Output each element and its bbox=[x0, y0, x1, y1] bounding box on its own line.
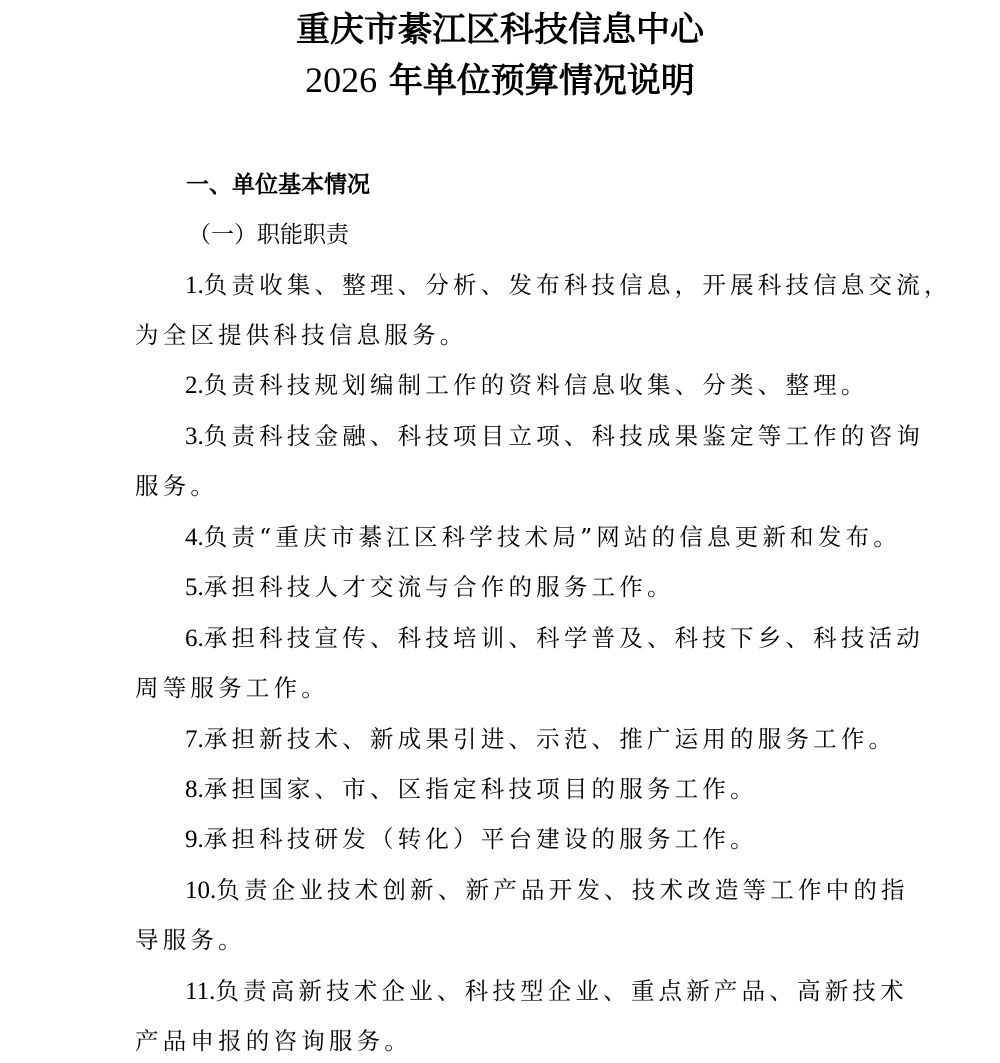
duty-item-3-continuation: 服务。 bbox=[135, 469, 218, 503]
duty-number: 11. bbox=[185, 978, 215, 1005]
duty-text: 负责科技规划编制工作的资料信息收集、分类、整理。 bbox=[204, 371, 869, 399]
duty-item-10: 10.负责企业技术创新、新产品开发、技术改造等工作中的指 bbox=[185, 873, 909, 908]
title-rest: 年单位预算情况说明 bbox=[389, 61, 695, 101]
subsection-heading-duties: （一）职能职责 bbox=[188, 218, 349, 252]
duty-item-11-continuation: 产品申报的咨询服务。 bbox=[135, 1024, 412, 1058]
duty-item-2: 2.负责科技规划编制工作的资料信息收集、分类、整理。 bbox=[185, 368, 869, 403]
duty-text: 承担新技术、新成果引进、示范、推广运用的服务工作。 bbox=[204, 725, 897, 753]
duty-number: 10. bbox=[185, 877, 216, 904]
duty-text: 承担科技研发（转化）平台建设的服务工作。 bbox=[204, 825, 758, 853]
duty-item-3: 3.负责科技金融、科技项目立项、科技成果鉴定等工作的咨询 bbox=[185, 419, 924, 454]
duty-number: 6. bbox=[185, 625, 204, 652]
duty-number: 5. bbox=[185, 574, 204, 601]
duty-item-11: 11.负责高新技术企业、科技型企业、重点新产品、高新技术 bbox=[185, 974, 908, 1009]
duty-text: 负责企业技术创新、新产品开发、技术改造等工作中的指 bbox=[216, 876, 909, 904]
duty-number: 1. bbox=[185, 272, 204, 299]
document-page: 重庆市綦江区科技信息中心 2026 年单位预算情况说明 一、单位基本情况 （一）… bbox=[0, 0, 1000, 1063]
duty-item-9: 9.承担科技研发（转化）平台建设的服务工作。 bbox=[185, 822, 758, 857]
duty-item-6: 6.承担科技宣传、科技培训、科学普及、科技下乡、科技活动 bbox=[185, 621, 924, 656]
duty-text: 负责“重庆市綦江区科学技术局”网站的信息更新和发布。 bbox=[204, 523, 901, 551]
duty-item-5: 5.承担科技人才交流与合作的服务工作。 bbox=[185, 570, 675, 605]
duty-item-1-continuation: 为全区提供科技信息服务。 bbox=[135, 318, 467, 352]
duty-number: 2. bbox=[185, 372, 204, 399]
duty-item-4: 4.负责“重庆市綦江区科学技术局”网站的信息更新和发布。 bbox=[185, 520, 901, 555]
duty-number: 9. bbox=[185, 826, 204, 853]
document-title-line1: 重庆市綦江区科技信息中心 bbox=[0, 10, 1000, 50]
duty-item-6-continuation: 周等服务工作。 bbox=[135, 671, 329, 705]
duty-item-8: 8.承担国家、市、区指定科技项目的服务工作。 bbox=[185, 772, 758, 807]
duty-text: 负责收集、整理、分析、发布科技信息，开展科技信息交流， bbox=[204, 271, 952, 299]
title-year: 2026 bbox=[305, 60, 377, 100]
duty-number: 4. bbox=[185, 524, 204, 551]
duty-text: 承担科技人才交流与合作的服务工作。 bbox=[204, 573, 675, 601]
duty-number: 7. bbox=[185, 726, 204, 753]
duty-item-7: 7.承担新技术、新成果引进、示范、推广运用的服务工作。 bbox=[185, 722, 896, 757]
section-heading-basic-info: 一、单位基本情况 bbox=[186, 168, 370, 202]
duty-number: 3. bbox=[185, 423, 204, 450]
document-title-line2: 2026 年单位预算情况说明 bbox=[0, 60, 1000, 101]
duty-number: 8. bbox=[185, 776, 204, 803]
duty-text: 承担科技宣传、科技培训、科学普及、科技下乡、科技活动 bbox=[204, 624, 924, 652]
duty-text: 承担国家、市、区指定科技项目的服务工作。 bbox=[204, 775, 758, 803]
duty-text: 负责科技金融、科技项目立项、科技成果鉴定等工作的咨询 bbox=[204, 422, 924, 450]
duty-item-1: 1.负责收集、整理、分析、发布科技信息，开展科技信息交流， bbox=[185, 268, 952, 303]
duty-text: 负责高新技术企业、科技型企业、重点新产品、高新技术 bbox=[215, 977, 908, 1005]
duty-item-10-continuation: 导服务。 bbox=[135, 923, 246, 957]
